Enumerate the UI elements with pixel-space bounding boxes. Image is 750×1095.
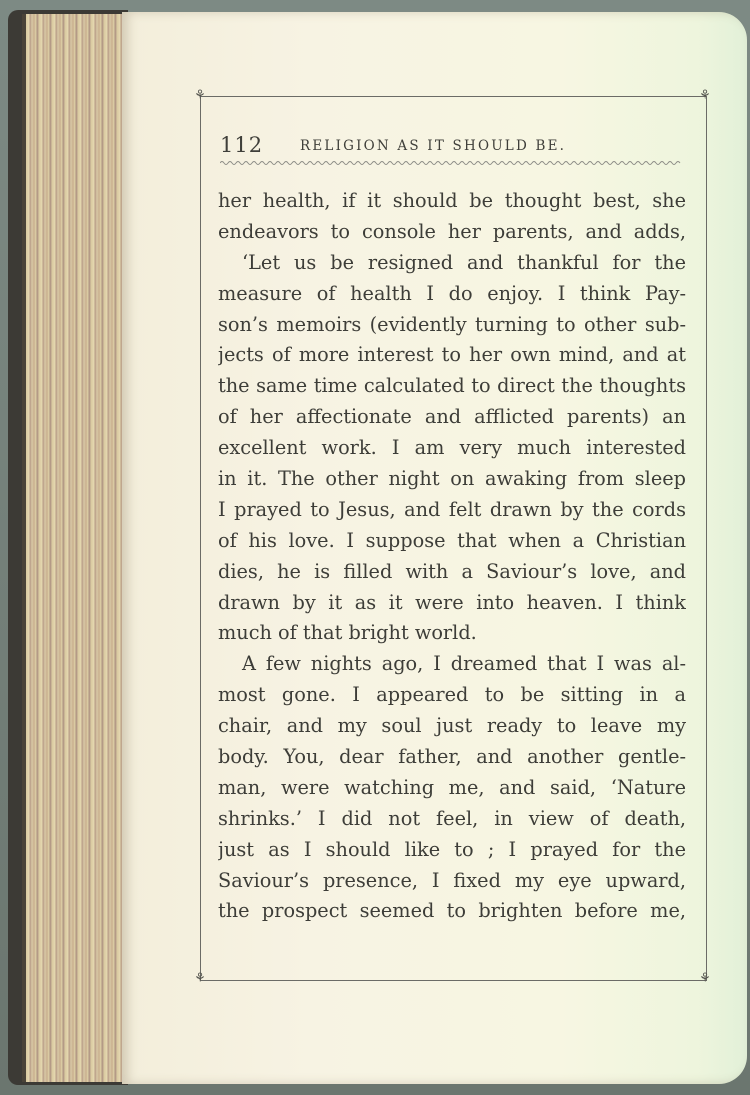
text-line: most gone. I appeared to be sitting in a [218,680,686,711]
text-line: dies, he is filled with a Saviour’s love… [218,557,686,588]
corner-ornament-icon: ⚘ [698,972,712,986]
text-line: chair, and my soul just ready to leave m… [218,711,686,742]
text-line: in it. The other night on awaking from s… [218,464,686,495]
text-line: much of that bright world. [218,618,686,649]
page-body-text: her health, if it should be thought best… [218,186,686,927]
text-line: body. You, dear father, and another gent… [218,742,686,773]
text-line: the prospect seemed to brighten before m… [218,896,686,927]
text-line: just as I should like to ; I prayed for … [218,835,686,866]
corner-ornament-icon: ⚘ [193,89,207,103]
text-line: A few nights ago, I dreamed that I was a… [218,649,686,680]
text-line: her health, if it should be thought best… [218,186,686,217]
text-line: shrinks.’ I did not feel, in view of dea… [218,804,686,835]
running-head: 112 RELIGION AS IT SHOULD BE. [220,133,690,159]
text-line: jects of more interest to her own mind, … [218,340,686,371]
corner-ornament-icon: ⚘ [193,972,207,986]
corner-ornament-icon: ⚘ [698,89,712,103]
text-line: of her affectionate and afflicted parent… [218,402,686,433]
text-line: endeavors to console her parents, and ad… [218,217,686,248]
text-line: drawn by it as it were into heaven. I th… [218,588,686,619]
text-line: I prayed to Jesus, and felt drawn by the… [218,495,686,526]
text-line: Saviour’s presence, I fixed my eye upwar… [218,866,686,897]
text-line: man, were watching me, and said, ‘Nature [218,773,686,804]
text-line: the same time calculated to direct the t… [218,371,686,402]
wavy-rule [220,160,682,166]
page-number: 112 [220,133,263,157]
text-line: son’s memoirs (evidently turning to othe… [218,310,686,341]
running-head-title: RELIGION AS IT SHOULD BE. [300,138,566,154]
text-line: measure of health I do enjoy. I think Pa… [218,279,686,310]
text-line: ‘Let us be resigned and thankful for the [218,248,686,279]
text-line: of his love. I suppose that when a Chris… [218,526,686,557]
text-line: excellent work. I am very much intereste… [218,433,686,464]
page-edges [22,14,126,1082]
